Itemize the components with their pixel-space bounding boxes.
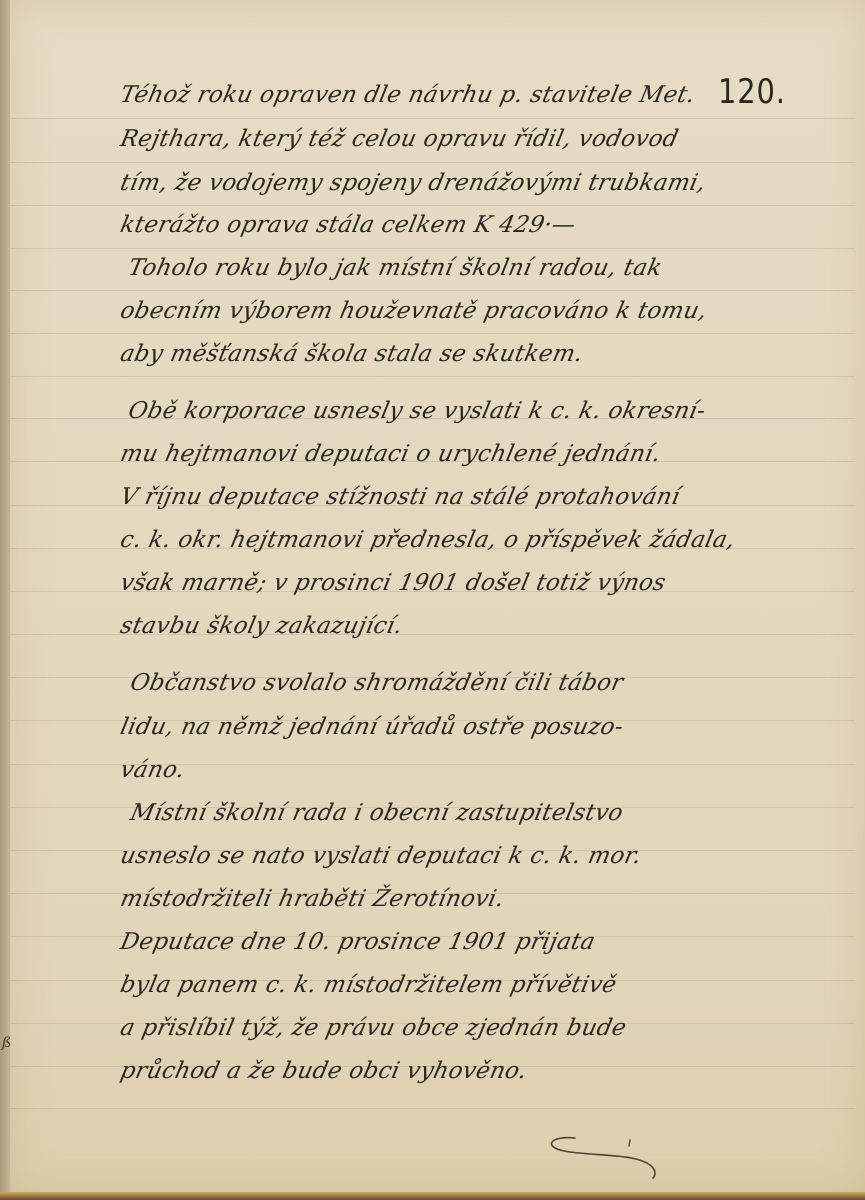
ruled-line — [10, 248, 855, 249]
ruled-line — [10, 1108, 855, 1109]
text-line: V říjnu deputace stížnosti na stálé prot… — [118, 484, 682, 510]
ruled-line — [10, 290, 855, 291]
text-line: lidu, na němž jednání úřadů ostře posuzo… — [118, 714, 626, 740]
text-line: c. k. okr. hejtmanovi přednesla, o přísp… — [118, 527, 738, 553]
ruled-line — [10, 376, 855, 377]
text-line: mu hejtmanovi deputaci o urychlené jedná… — [118, 441, 663, 467]
text-line: tím, že vodojemy spojeny drenážovými tru… — [118, 170, 708, 196]
text-line: Téhož roku opraven dle návrhu p. stavite… — [118, 82, 698, 108]
text-line: Deputace dne 10. prosince 1901 přijata — [118, 929, 598, 955]
page-number: 120. — [718, 72, 786, 112]
text-line: a přislíbil týž, že právu obce zjednán b… — [118, 1015, 629, 1041]
ruled-line — [10, 333, 855, 334]
text-line: Místní školní rada i obecní zastupitelst… — [128, 800, 626, 826]
text-line: však marně; v prosinci 1901 došel totiž … — [118, 570, 668, 596]
text-line: váno. — [118, 757, 187, 783]
ruled-line — [10, 205, 855, 206]
text-line: kterážto oprava stála celkem K 429·— — [118, 212, 578, 238]
page-bottom-edge — [0, 1192, 865, 1200]
text-line: usneslo se nato vyslati deputaci k c. k.… — [118, 843, 644, 869]
text-line: stavbu školy zakazující. — [118, 613, 405, 639]
text-line: Obě korporace usnesly se vyslati k c. k.… — [126, 398, 708, 424]
text-line: Občanstvo svolalo shromáždění čili tábor — [128, 670, 626, 696]
margin-bleed-mark: ß — [2, 1035, 11, 1051]
text-line: Rejthara, který též celou opravu řídil, … — [118, 126, 681, 152]
text-line: obecním výborem houževnatě pracováno k t… — [118, 298, 709, 324]
text-line: průchod a že bude obci vyhověno. — [118, 1058, 529, 1084]
closing-flourish-icon — [545, 1130, 665, 1180]
text-line: Toholo roku bylo jak místní školní radou… — [126, 255, 665, 281]
ruled-line — [10, 162, 855, 163]
ruled-line — [10, 118, 855, 119]
text-line: aby měšťanská škola stala se skutkem. — [118, 341, 585, 367]
text-line: místodržiteli hraběti Žerotínovi. — [118, 886, 507, 912]
text-line: byla panem c. k. místodržitelem přívětiv… — [118, 972, 619, 998]
